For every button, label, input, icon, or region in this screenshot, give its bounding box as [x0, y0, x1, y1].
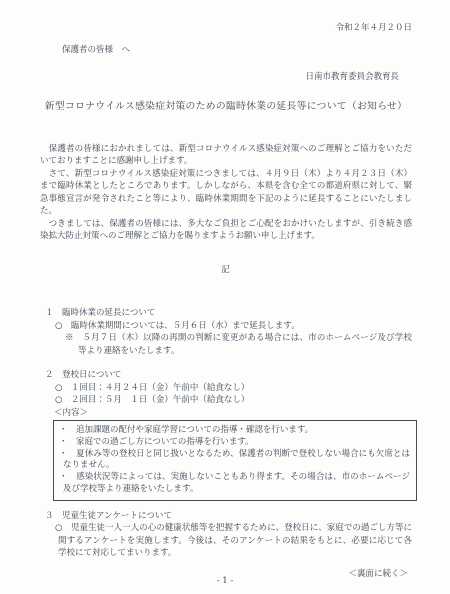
box-item-3: ・ 夏休み等の登校日と同じ扱いとなるため、保護者の判断で登校しない場合にも欠席と… — [59, 449, 410, 473]
body-paragraph-1: 保護者の皆様におかれましては、新型コロナウイルス感染症対策へのご理解とご協力をい… — [40, 143, 412, 168]
sender: 日南市教育委員会教育長 — [40, 71, 412, 84]
document-date: 令和２年４月２０日 — [40, 22, 412, 35]
record-marker: 記 — [40, 264, 412, 277]
content-label: ＜内容＞ — [54, 407, 412, 420]
section-school-days: ２ 登校日について ○ １回目：４月２４日（金）午前中（給食なし） ○ ２回目：… — [40, 369, 412, 501]
content-box: ・ 追加課題の配付や家庭学習についての指導・確認を行います。 ・ 家庭での過ごし… — [53, 420, 417, 501]
section1-heading: １ 臨時休業の延長について — [45, 307, 412, 320]
section-student-survey: ３ 児童生徒アンケートについて ○ 児童生徒一人一人の心の健康状態等を把握するた… — [40, 510, 412, 560]
box-item-4: ・ 感染状況等によっては、実施しないこともあり得ます。その場合は、市のホームペー… — [59, 472, 410, 496]
addressee: 保護者の皆様 へ — [40, 44, 412, 57]
section3-heading: ３ 児童生徒アンケートについて — [45, 510, 412, 523]
section2-heading: ２ 登校日について — [45, 369, 412, 382]
section1-item: ○ 臨時休業期間については、５月６日（水）まで延長します。 — [55, 320, 412, 333]
body-paragraph-2: さて、新型コロナウイルス感染症対策につきましては、４月９日（木）より４月２３日（… — [40, 168, 412, 218]
body-paragraph-3: つきましては、保護者の皆様には、多大なご負担とご心配をおかけいたしますが、引き続… — [40, 218, 412, 243]
section2-item-1: ○ １回目：４月２４日（金）午前中（給食なし） — [55, 382, 412, 395]
section2-item-2: ○ ２回目：５月 １日（金）午前中（給食なし） — [55, 394, 412, 407]
box-item-2: ・ 家庭での過ごし方についての指導を行います。 — [59, 437, 410, 449]
section-closure-extension: １ 臨時休業の延長について ○ 臨時休業期間については、５月６日（水）まで延長し… — [40, 307, 412, 357]
document-title: 新型コロナウイルス感染症対策のための臨時休業の延長等について（お知らせ） — [40, 100, 412, 113]
box-item-1: ・ 追加課題の配付や家庭学習についての指導・確認を行います。 — [59, 425, 410, 437]
body-paragraphs: 保護者の皆様におかれましては、新型コロナウイルス感染症対策へのご理解とご協力をい… — [40, 143, 412, 243]
document-page: 令和２年４月２０日 保護者の皆様 へ 日南市教育委員会教育長 新型コロナウイルス… — [0, 0, 450, 594]
section3-item: ○ 児童生徒一人一人の心の健康状態等を把握するために、登校日に、家庭での過ごし方… — [55, 522, 412, 560]
section1-note: ※ ５月７日（木）以降の再開の判断に変更がある場合には、市のホームページ及び学校… — [65, 332, 412, 357]
page-number: - 1 - — [0, 575, 450, 588]
